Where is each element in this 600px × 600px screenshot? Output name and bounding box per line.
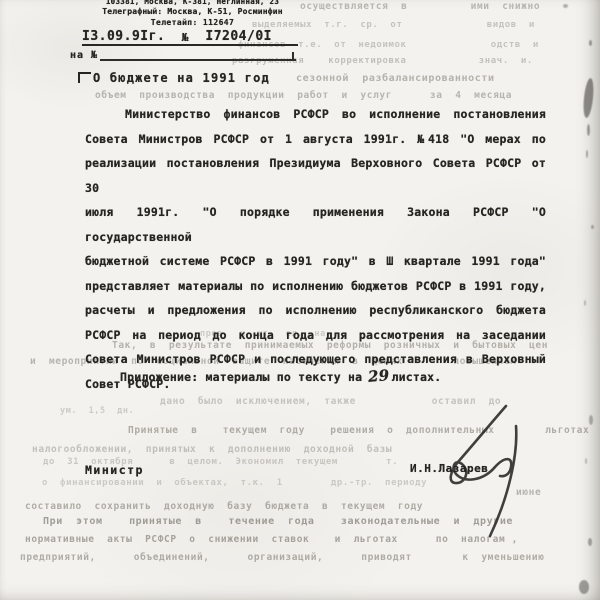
body-line: реализации постановления Президиума Верх…: [85, 151, 546, 200]
body-line: РСФСР на период до конца года для рассмо…: [85, 323, 546, 348]
letterhead-address: 103381, Москва, К-381, Неглинная, 23: [75, 0, 310, 6]
stain-speck: [588, 538, 592, 546]
stain-speck: [587, 124, 590, 136]
body-line: бюджетной системе РСФСР в 1991 году" в Ш…: [85, 249, 546, 274]
body-line: Совета Министров РСФСР от 1 августа 1991…: [85, 127, 546, 152]
corner-bracket-mark: [78, 72, 91, 83]
body-paragraph: Министерство финансов РСФСР во исполнени…: [85, 102, 546, 396]
scanned-document: осуществляется в ими снижно выделяемых т…: [0, 0, 600, 600]
stain-speck: [589, 415, 593, 425]
body-line: представляет материалы по исполнению бюд…: [85, 274, 546, 299]
ghost-line: о финансировании и объектах, т.к. 1 др.-…: [42, 478, 427, 488]
reply-rule-tick: [292, 52, 294, 61]
body-line: расчеты и предложения по исполнению респ…: [85, 298, 546, 323]
handwritten-sheet-count: 29: [367, 366, 390, 386]
ghost-line: составило сохранить доходную базу бюджет…: [25, 501, 423, 512]
reply-rule-line: [100, 59, 296, 61]
ghost-line: предприятий, объединений, организаций, п…: [20, 552, 545, 563]
letterhead-telegraph: Телеграфный: Москва, К-51, Росминфин: [75, 7, 310, 17]
stain-speck: [586, 150, 588, 158]
subject-title: О бюджете на 1991 год: [93, 71, 270, 85]
stain-speck: [582, 78, 595, 119]
stain-speck: [585, 458, 587, 464]
stain-speck: [563, 4, 568, 8]
ghost-line: объем производства продукции работ и усл…: [95, 90, 512, 101]
ghost-line: сезонной разбалансированности: [296, 73, 495, 84]
stain-speck: [584, 300, 586, 306]
body-line: Министерство финансов РСФСР во исполнени…: [85, 102, 546, 127]
signer-title: Министр: [85, 463, 144, 477]
reply-to-label: на №: [70, 50, 98, 61]
number-sign: №: [182, 31, 189, 44]
ghost-line: осуществляется в ими снижно: [300, 1, 540, 12]
attachment-suffix: листах.: [391, 370, 441, 384]
outgoing-number: I7204/0I: [205, 29, 272, 44]
ghost-line: ум. 1,5 дн.: [60, 406, 134, 416]
attachment-prefix: Приложение: материалы по тексту на: [120, 370, 362, 384]
reference-line: I3.09.9Iг. № I7204/0I: [82, 25, 298, 46]
stain-speck: [579, 580, 589, 594]
ghost-line: разгруженная корректировка знач. и.: [232, 56, 533, 66]
attachment-note: Приложение: материалы по тексту на 29 ли…: [120, 367, 441, 385]
stain-speck: [589, 40, 592, 46]
document-date: I3.09.9Iг.: [82, 29, 165, 44]
stain-speck: [591, 225, 594, 229]
handwritten-signature: [420, 396, 550, 546]
letterhead: 103381, Москва, К-381, Неглинная, 23 Тел…: [75, 0, 310, 28]
body-line: июля 1991г. "О порядке применения Закона…: [85, 200, 546, 249]
